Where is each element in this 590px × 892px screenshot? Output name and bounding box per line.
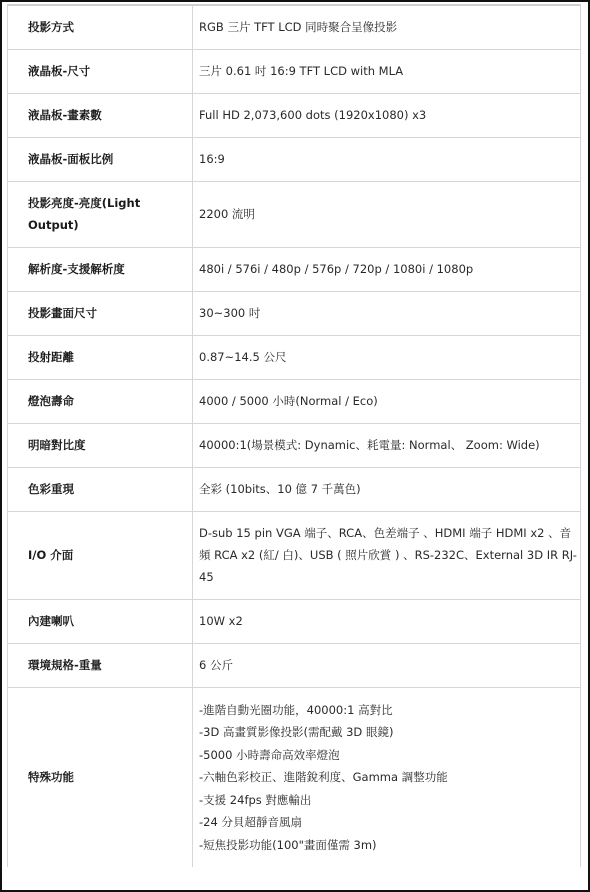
- table-row-brightness: 投影亮度-亮度(Light Output) 2200 流明: [8, 181, 581, 247]
- row-label: 內建喇叭: [8, 599, 193, 643]
- row-label: 投射距離: [8, 335, 193, 379]
- row-value: D-sub 15 pin VGA 端子、RCA、色差端子 、HDMI 端子 HD…: [193, 511, 581, 599]
- row-label: 明暗對比度: [8, 423, 193, 467]
- table-row-throw-distance: 投射距離 0.87~14.5 公尺: [8, 335, 581, 379]
- row-value: 6 公斤: [193, 643, 581, 687]
- feature-item: -3D 高畫質影像投影(需配戴 3D 眼鏡): [199, 721, 580, 744]
- table-row-lamp-life: 燈泡壽命 4000 / 5000 小時(Normal / Eco): [8, 379, 581, 423]
- table-row-special-features: 特殊功能 -進階自動光圈功能，40000:1 高對比 -3D 高畫質影像投影(需…: [8, 687, 581, 867]
- row-label: 色彩重現: [8, 467, 193, 511]
- row-label: 投影亮度-亮度(Light Output): [8, 181, 193, 247]
- row-value: 16:9: [193, 137, 581, 181]
- spec-table: 投影方式 RGB 三片 TFT LCD 同時聚合呈像投影 液晶板-尺寸 三片 0…: [7, 4, 581, 867]
- feature-item: -短焦投影功能(100"畫面僅需 3m): [199, 834, 580, 857]
- row-value-features: -進階自動光圈功能，40000:1 高對比 -3D 高畫質影像投影(需配戴 3D…: [193, 687, 581, 867]
- row-label: 特殊功能: [8, 687, 193, 867]
- feature-item: -進階自動光圈功能，40000:1 高對比: [199, 699, 580, 722]
- row-value: Full HD 2,073,600 dots (1920x1080) x3: [193, 93, 581, 137]
- feature-item: -24 分貝超靜音風扇: [199, 811, 580, 834]
- table-row-projection-method: 投影方式 RGB 三片 TFT LCD 同時聚合呈像投影: [8, 5, 581, 49]
- table-row-io: I/O 介面 D-sub 15 pin VGA 端子、RCA、色差端子 、HDM…: [8, 511, 581, 599]
- table-row-screen-size: 投影畫面尺寸 30~300 吋: [8, 291, 581, 335]
- table-row-weight: 環境規格-重量 6 公斤: [8, 643, 581, 687]
- row-value: 40000:1(場景模式: Dynamic、耗電量: Normal、 Zoom:…: [193, 423, 581, 467]
- row-label: 液晶板-畫素數: [8, 93, 193, 137]
- row-value: 10W x2: [193, 599, 581, 643]
- row-label: 液晶板-面板比例: [8, 137, 193, 181]
- row-value: 30~300 吋: [193, 291, 581, 335]
- row-label: 解析度-支援解析度: [8, 247, 193, 291]
- table-row-resolution: 解析度-支援解析度 480i / 576i / 480p / 576p / 72…: [8, 247, 581, 291]
- table-row-speakers: 內建喇叭 10W x2: [8, 599, 581, 643]
- row-label: 燈泡壽命: [8, 379, 193, 423]
- feature-item: -5000 小時壽命高效率燈泡: [199, 744, 580, 767]
- row-value: 2200 流明: [193, 181, 581, 247]
- row-label: 投影畫面尺寸: [8, 291, 193, 335]
- row-value: RGB 三片 TFT LCD 同時聚合呈像投影: [193, 5, 581, 49]
- row-value: 全彩 (10bits、10 億 7 千萬色): [193, 467, 581, 511]
- table-row-panel-size: 液晶板-尺寸 三片 0.61 吋 16:9 TFT LCD with MLA: [8, 49, 581, 93]
- feature-item: -支援 24fps 對應輸出: [199, 789, 580, 812]
- table-row-color: 色彩重現 全彩 (10bits、10 億 7 千萬色): [8, 467, 581, 511]
- table-row-pixel-count: 液晶板-畫素數 Full HD 2,073,600 dots (1920x108…: [8, 93, 581, 137]
- table-row-contrast: 明暗對比度 40000:1(場景模式: Dynamic、耗電量: Normal、…: [8, 423, 581, 467]
- feature-item: -六軸色彩校正、進階銳利度、Gamma 調整功能: [199, 766, 580, 789]
- row-label: I/O 介面: [8, 511, 193, 599]
- row-label: 投影方式: [8, 5, 193, 49]
- row-value: 4000 / 5000 小時(Normal / Eco): [193, 379, 581, 423]
- row-label: 液晶板-尺寸: [8, 49, 193, 93]
- row-value: 480i / 576i / 480p / 576p / 720p / 1080i…: [193, 247, 581, 291]
- table-row-aspect-ratio: 液晶板-面板比例 16:9: [8, 137, 581, 181]
- row-value: 三片 0.61 吋 16:9 TFT LCD with MLA: [193, 49, 581, 93]
- row-label: 環境規格-重量: [8, 643, 193, 687]
- row-value: 0.87~14.5 公尺: [193, 335, 581, 379]
